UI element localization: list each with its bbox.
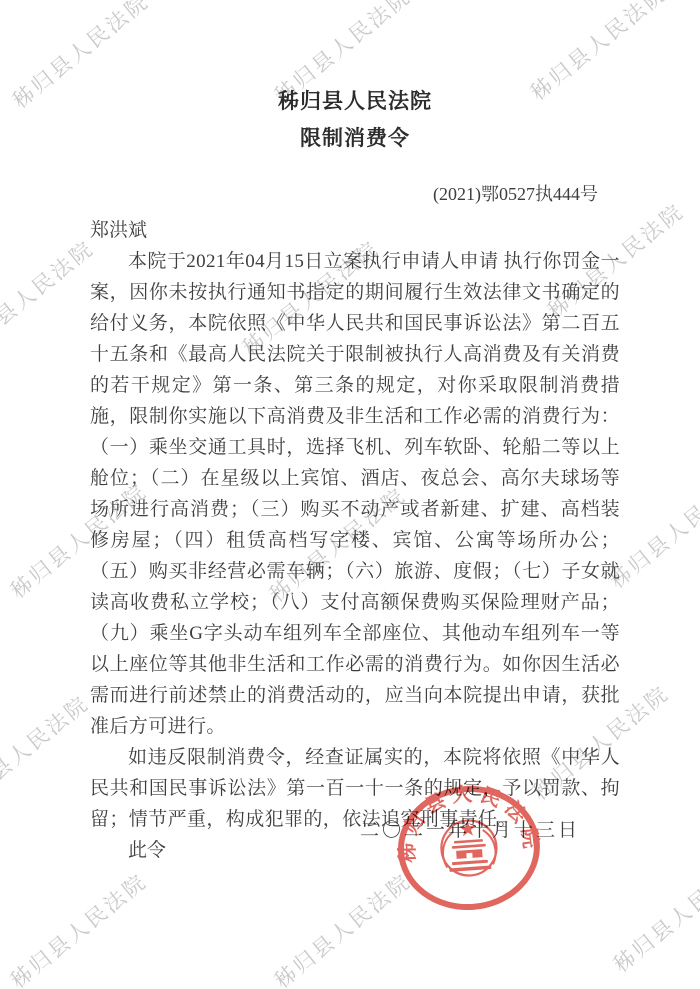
court-seal: 秭归县人民法院 xyxy=(392,779,547,919)
emblem-wheat-right-icon xyxy=(483,829,497,865)
watermark-text: 秭归县人民法院 xyxy=(268,866,417,989)
watermark-text: 秭归县人民法院 xyxy=(0,233,100,362)
recipient-name: 郑洪斌 xyxy=(90,215,620,246)
case-number: (2021)鄂0527执444号 xyxy=(90,179,620,210)
watermark-text: 秭归县人民法院 xyxy=(4,866,153,989)
national-emblem-icon xyxy=(440,819,499,878)
court-seal-graphic: 秭归县人民法院 xyxy=(392,779,547,919)
document-content: 秭归县人民法院 限制消费令 (2021)鄂0527执444号 郑洪斌 本院于20… xyxy=(90,0,620,866)
court-name: 秭归县人民法院 xyxy=(90,86,620,116)
body-paragraph-1: 本院于2021年04月15日立案执行申请人申请 执行你罚金一案，因你未按执行通知… xyxy=(90,246,620,742)
emblem-gate-icon xyxy=(447,839,491,872)
watermark-text: 秭归县人民法院 xyxy=(607,850,700,979)
document-page: 秭归县人民法院 秭归县人民法院 秭归县人民法院 秭归县人民法院 秭归县人民法院 … xyxy=(0,0,700,989)
document-title: 限制消费令 xyxy=(90,123,620,153)
watermark-text: 秭归县人民法院 xyxy=(0,688,95,817)
body-paragraph-2: 如违反限制消费令，经查证属实的，本院将依照《中华人民共和国民事诉讼法》第一百一十… xyxy=(90,742,620,835)
